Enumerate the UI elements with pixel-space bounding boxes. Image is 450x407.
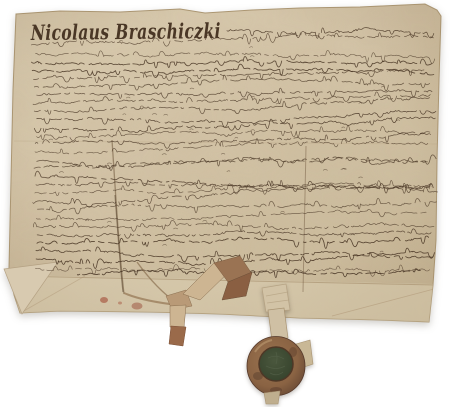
seal-tag-knot — [262, 284, 290, 312]
seal-bottom-tag-tip — [264, 391, 280, 404]
red-stain — [100, 297, 108, 303]
photograph-of-charter: Nicolaus Braschiczki — [0, 0, 450, 407]
seal-tag-strip — [268, 308, 288, 341]
incipit-text: Nicolaus Braschiczki — [30, 18, 221, 45]
red-stain-small — [118, 302, 122, 305]
brown-stain — [132, 303, 143, 310]
tag-hanging-strip — [170, 305, 186, 328]
charter-image: Nicolaus Braschiczki — [0, 0, 450, 407]
parchment-sheet — [0, 0, 450, 335]
tag-hanging-tip — [169, 326, 186, 346]
